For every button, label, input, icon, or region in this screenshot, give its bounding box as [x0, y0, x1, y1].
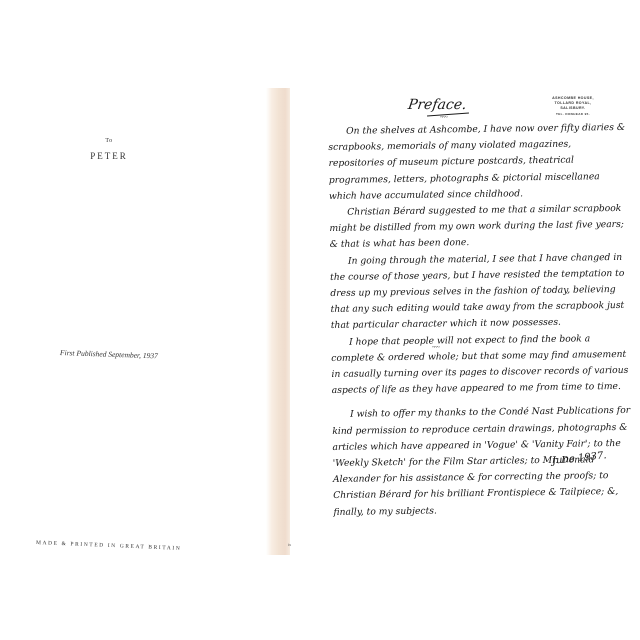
preface-paragraph: On the shelves at Ashcombe, I have now o… [328, 120, 629, 205]
title-underline [427, 113, 469, 117]
letterhead: ASHCOMBE HOUSE, TOLLARD ROYAL, SALISBURY… [538, 96, 608, 117]
book-spread: To PETER First Published September, 1937… [0, 88, 640, 555]
title-ornament: ~~~ [440, 115, 447, 121]
divider-ornament: ~~~ [432, 345, 439, 351]
dedication-to: To [0, 138, 218, 144]
letterhead-line: TEL. DONHEAD 95. [538, 112, 608, 117]
dedication-name: PETER [0, 151, 218, 161]
folio-mark: ix [288, 542, 291, 547]
preface-paragraph: I hope that people will not expect to fi… [331, 330, 632, 399]
printed-in-line: MADE & PRINTED IN GREAT BRITAIN [36, 540, 182, 552]
first-published-line: First Published September, 1937 [60, 348, 158, 360]
preface-paragraph: In going through the material, I see tha… [330, 249, 631, 334]
preface-paragraph: Christian Bérard suggested to me that a … [329, 201, 630, 254]
preface-title: Preface. [407, 97, 468, 113]
right-page: ASHCOMBE HOUSE, TOLLARD ROYAL, SALISBURY… [290, 88, 640, 555]
left-page: To PETER First Published September, 1937… [0, 88, 270, 555]
book-gutter [266, 88, 290, 555]
